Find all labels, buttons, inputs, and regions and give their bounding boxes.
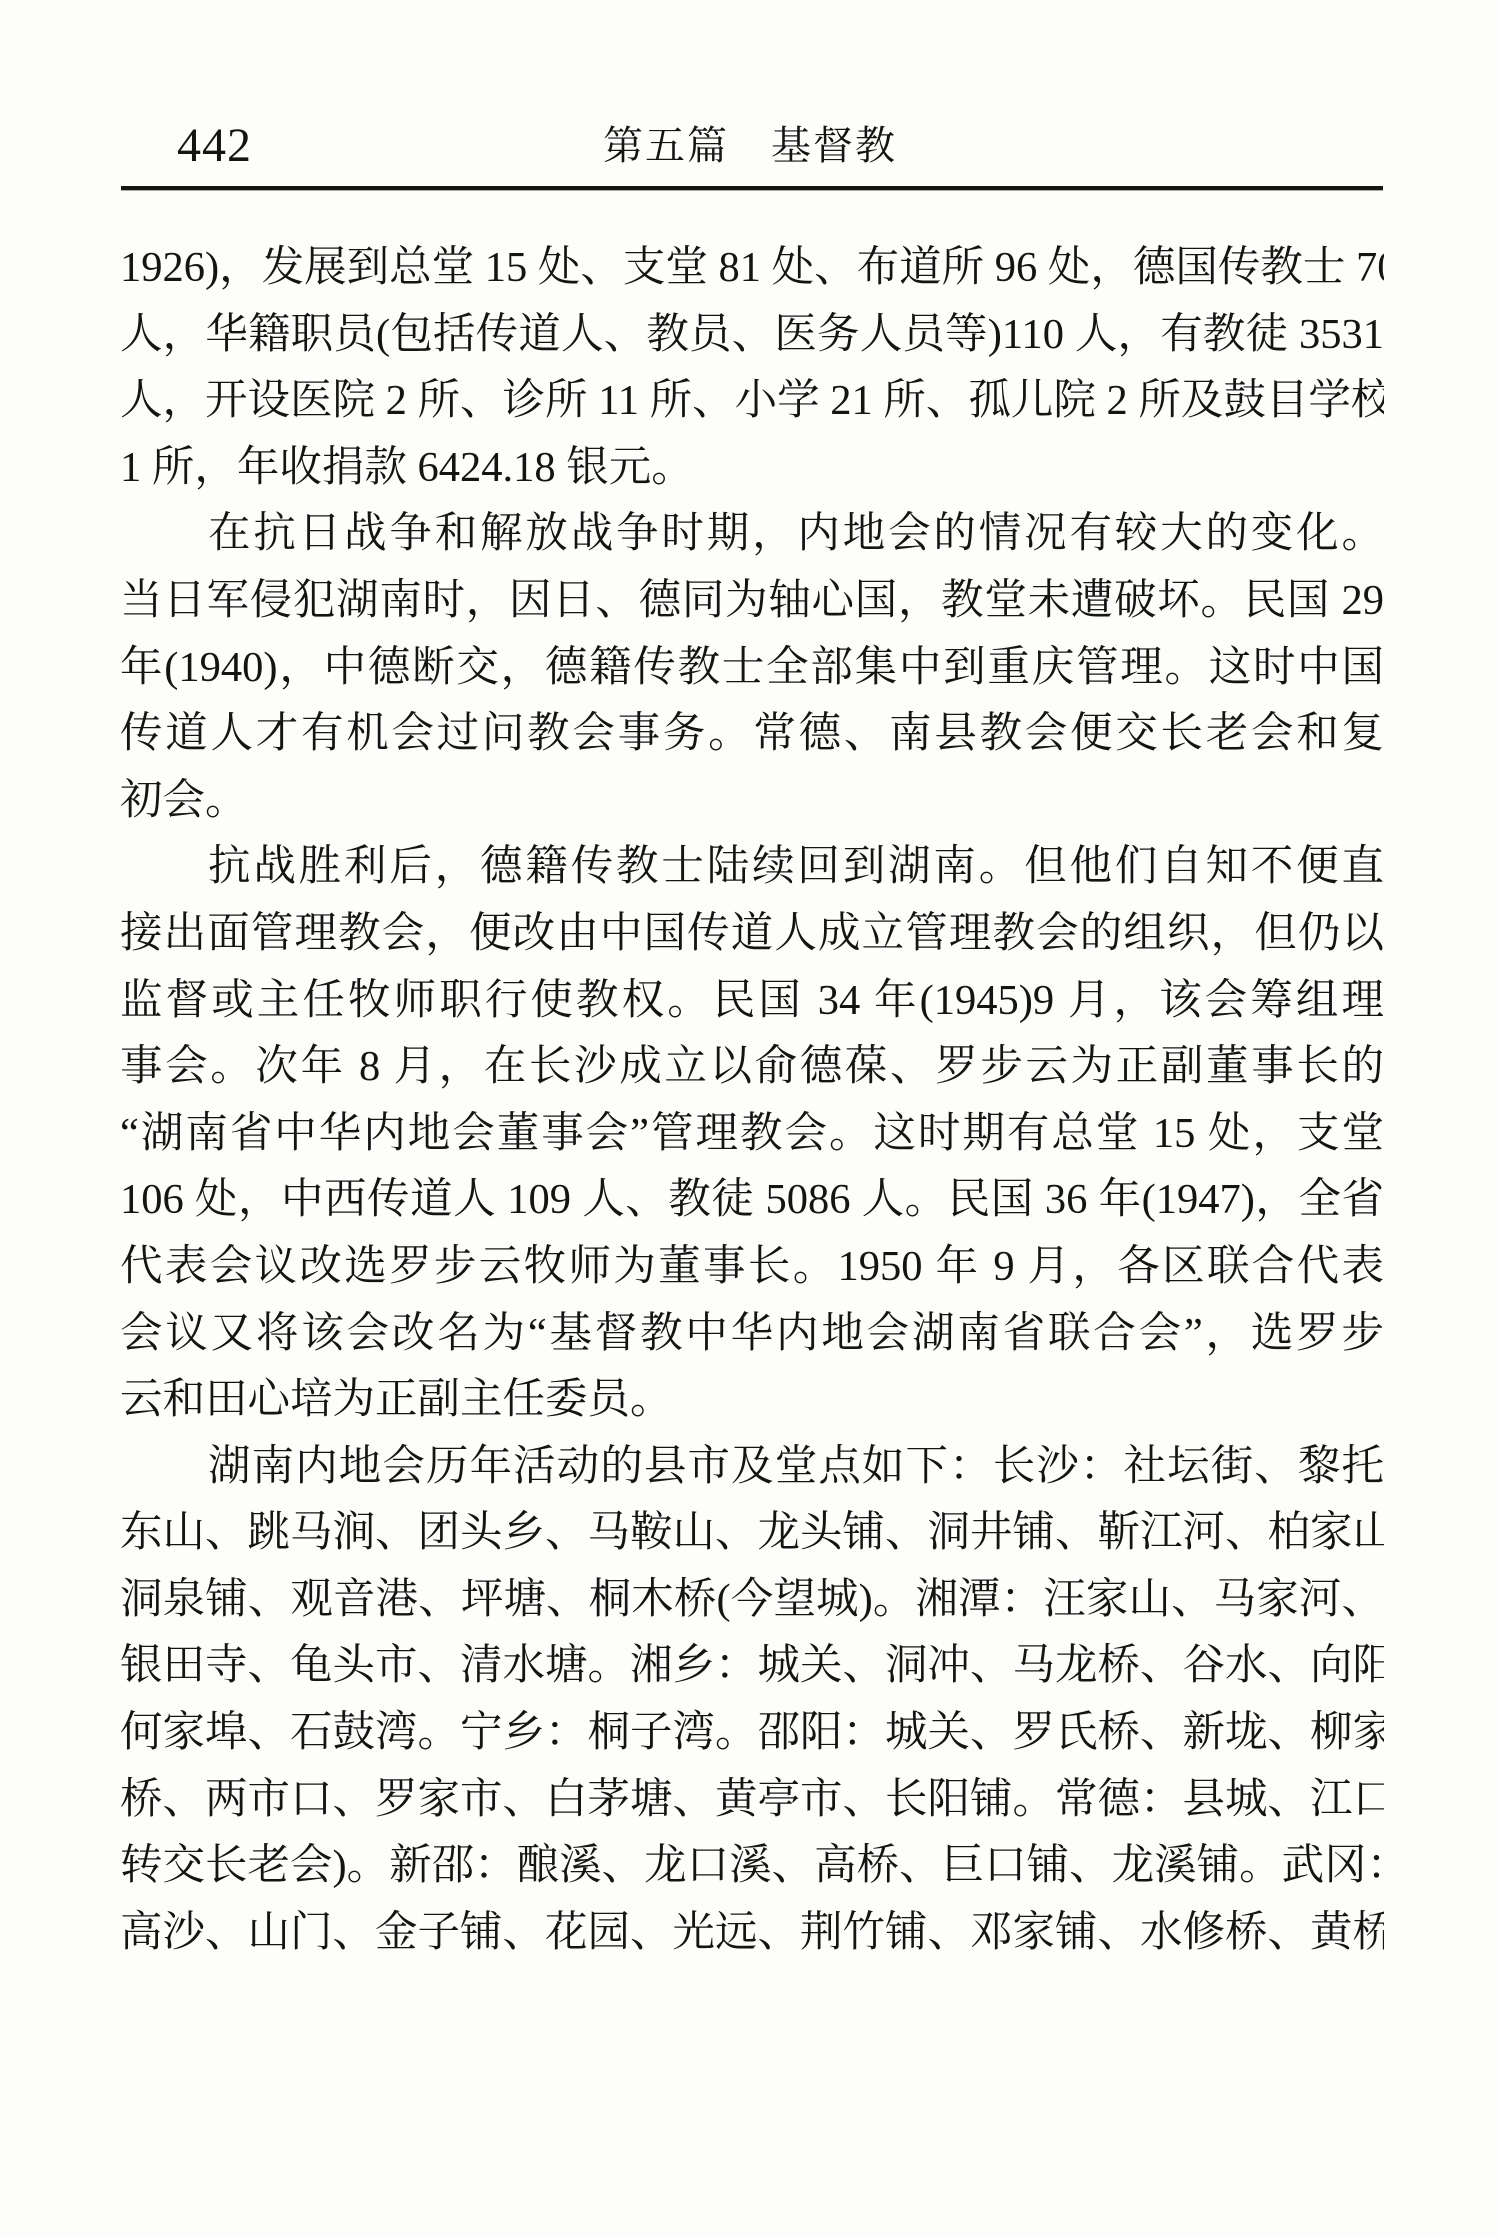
scanned-book-page: 442 第五篇 基督教 1926)，发展到总堂 15 处、支堂 81 处、布道所… bbox=[0, 0, 1500, 2237]
text-line: 事会。次年 8 月，在长沙成立以俞德葆、罗步云为正副董事长的 bbox=[120, 1034, 1384, 1101]
text-line: 在抗日战争和解放战争时期，内地会的情况有较大的变化。 bbox=[120, 501, 1384, 568]
text-line: 洞泉铺、观音港、坪塘、桐木桥(今望城)。湘潭：汪家山、马家河、 bbox=[120, 1567, 1384, 1634]
text-line: 桥、两市口、罗家市、白茅塘、黄亭市、长阳铺。常德：县城、江口(后 bbox=[120, 1767, 1384, 1834]
text-line: 人，开设医院 2 所、诊所 11 所、小学 21 所、孤儿院 2 所及鼓目学校 bbox=[120, 368, 1384, 435]
text-line: 106 处，中西传道人 109 人、教徒 5086 人。民国 36 年(1947… bbox=[120, 1167, 1384, 1234]
text-line: 接出面管理教会，便改由中国传道人成立管理教会的组织，但仍以 bbox=[120, 901, 1384, 968]
text-line: 高沙、山门、金子铺、花园、光远、荆竹铺、邓家铺、水修桥、黄桥铺、 bbox=[120, 1900, 1384, 1967]
text-line: 人，华籍职员(包括传道人、教员、医务人员等)110 人，有教徒 3531 bbox=[120, 302, 1384, 369]
text-line: 代表会议改选罗步云牧师为董事长。1950 年 9 月，各区联合代表 bbox=[120, 1234, 1384, 1301]
text-line: 当日军侵犯湖南时，因日、德同为轴心国，教堂未遭破坏。民国 29 bbox=[120, 568, 1384, 635]
text-line: 传道人才有机会过问教会事务。常德、南县教会便交长老会和复 bbox=[120, 701, 1384, 768]
text-line: 1926)，发展到总堂 15 处、支堂 81 处、布道所 96 处，德国传教士 … bbox=[120, 235, 1384, 302]
text-line: 初会。 bbox=[120, 768, 1384, 835]
text-line: 1 所，年收捐款 6424.18 银元。 bbox=[120, 435, 1384, 502]
text-line: 年(1940)，中德断交，德籍传教士全部集中到重庆管理。这时中国 bbox=[120, 635, 1384, 702]
body-text: 1926)，发展到总堂 15 处、支堂 81 处、布道所 96 处，德国传教士 … bbox=[120, 235, 1384, 1966]
running-header-title: 第五篇 基督教 bbox=[0, 126, 1500, 166]
text-line: 会议又将该会改名为“基督教中华内地会湖南省联合会”，选罗步 bbox=[120, 1301, 1384, 1368]
text-line: 湖南内地会历年活动的县市及堂点如下：长沙：社坛街、黎托 bbox=[120, 1434, 1384, 1501]
text-line: 云和田心培为正副主任委员。 bbox=[120, 1367, 1384, 1434]
text-line: 银田寺、龟头市、清水塘。湘乡：城关、洞冲、马龙桥、谷水、向阳店、 bbox=[120, 1633, 1384, 1700]
text-line: 何家埠、石鼓湾。宁乡：桐子湾。邵阳：城关、罗氏桥、新垅、柳家 bbox=[120, 1700, 1384, 1767]
text-line: 转交长老会)。新邵：酿溪、龙口溪、高桥、巨口铺、龙溪铺。武冈： bbox=[120, 1833, 1384, 1900]
text-line: “湖南省中华内地会董事会”管理教会。这时期有总堂 15 处，支堂 bbox=[120, 1101, 1384, 1168]
text-line: 抗战胜利后，德籍传教士陆续回到湖南。但他们自知不便直 bbox=[120, 834, 1384, 901]
text-line: 监督或主任牧师职行使教权。民国 34 年(1945)9 月，该会筹组理 bbox=[120, 968, 1384, 1035]
header-rule bbox=[121, 186, 1383, 190]
text-line: 东山、跳马涧、团头乡、马鞍山、龙头铺、洞井铺、靳江河、柏家山、 bbox=[120, 1500, 1384, 1567]
